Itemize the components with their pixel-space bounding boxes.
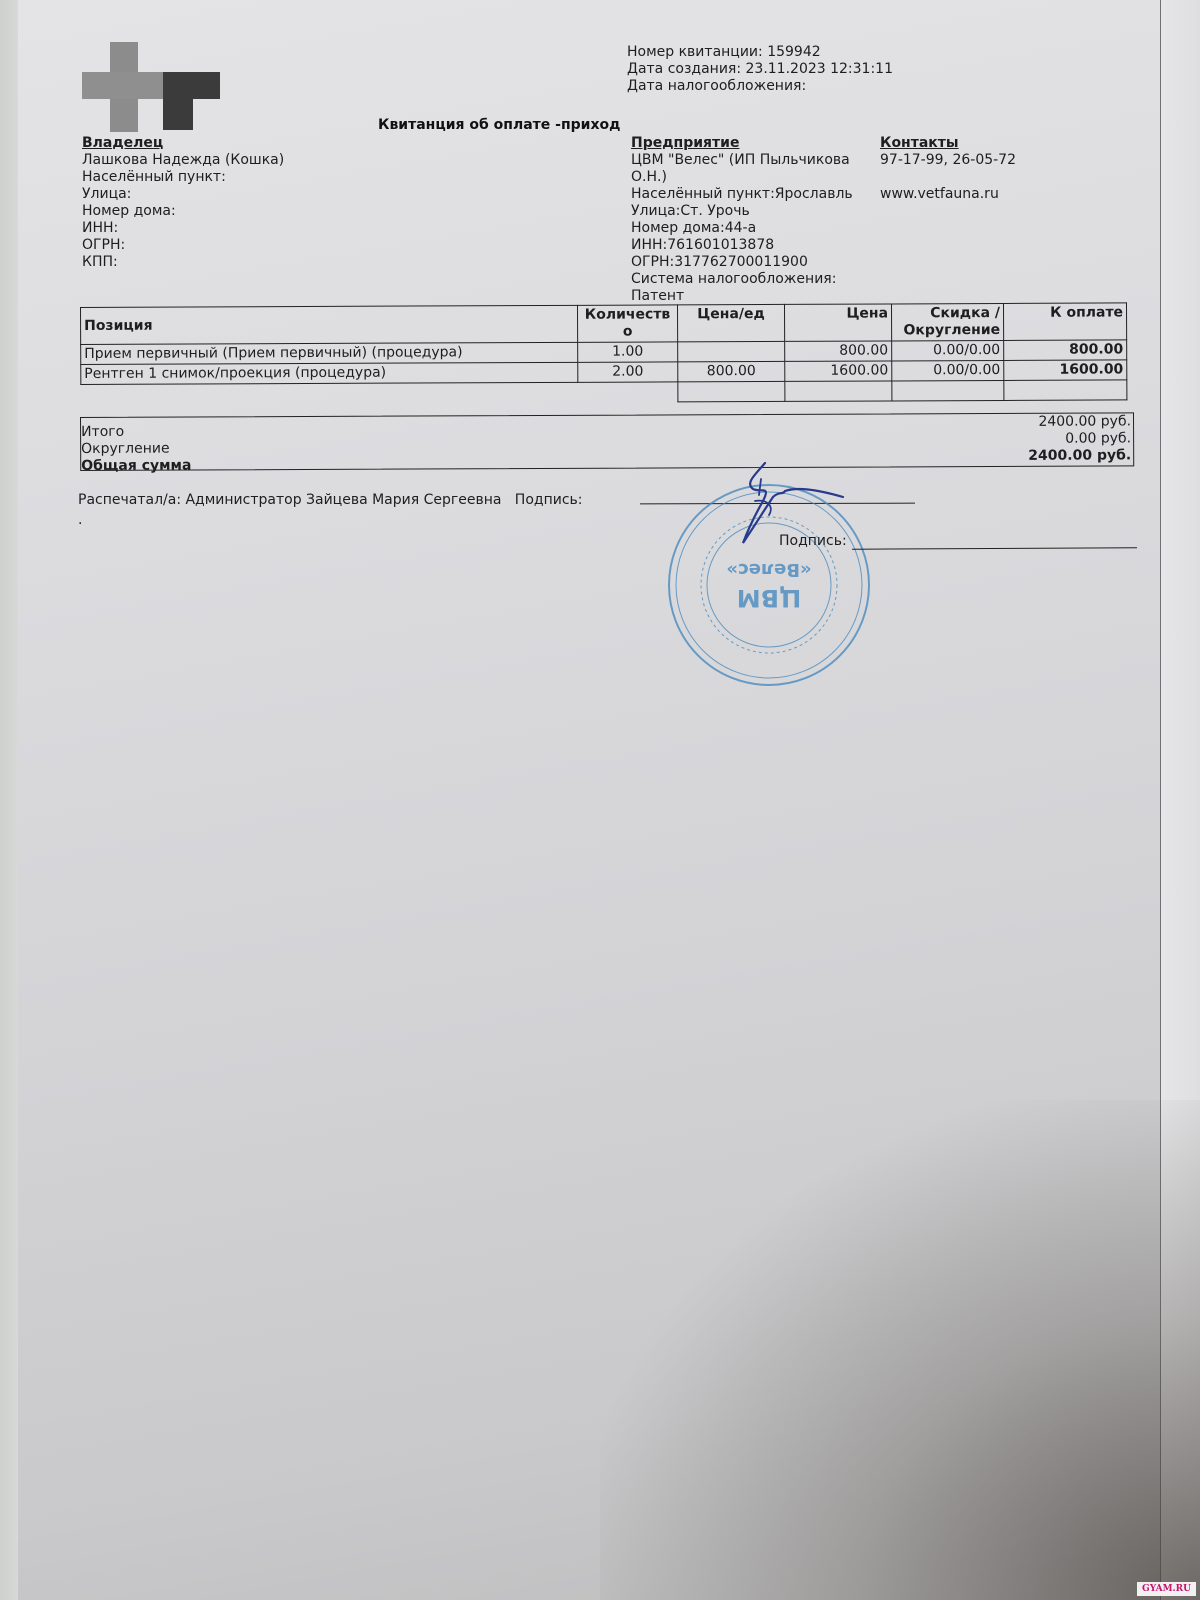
company-tax-system: Система налогообложения: Патент	[631, 271, 856, 305]
row-price: 800.00	[785, 341, 892, 361]
company-ogrn: ОГРН:317762700011900	[631, 254, 871, 271]
row-quantity: 2.00	[578, 362, 678, 382]
tax-date: Дата налогообложения:	[627, 78, 893, 95]
owner-street: Улица:	[82, 186, 284, 203]
owner-section: Владелец Лашкова Надежда (Кошка) Населён…	[82, 135, 284, 271]
totals-box: Итого Округление Общая сумма 2400.00 руб…	[80, 412, 1134, 471]
row-to-pay: 800.00	[1004, 340, 1127, 361]
items-table: Позиция Количество Цена/ед Цена Скидка /…	[80, 302, 1127, 405]
row-position: Прием первичный (Прием первичный) (проце…	[81, 342, 578, 364]
company-heading: Предприятие	[631, 135, 871, 152]
contacts-heading: Контакты	[880, 135, 1016, 152]
paper-edge-right	[1160, 0, 1200, 1600]
printed-by: Распечатал/а: Администратор Зайцева Мари…	[78, 492, 583, 509]
col-to-pay: К оплате	[1003, 303, 1126, 341]
owner-inn: ИНН:	[82, 220, 284, 237]
row-unit-price	[678, 341, 785, 361]
clinic-logo	[82, 42, 228, 132]
created-date: Дата создания: 23.11.2023 12:31:11	[627, 61, 893, 78]
total-label: Общая сумма	[81, 458, 191, 475]
company-locality: Населённый пункт:Ярославль	[631, 186, 871, 203]
table-header-row: Позиция Количество Цена/ед Цена Скидка /…	[81, 303, 1127, 345]
owner-kpp: КПП:	[82, 254, 284, 271]
receipt-number: Номер квитанции: 159942	[627, 44, 893, 61]
row-price: 1600.00	[785, 361, 892, 381]
contact-website: www.vetfauna.ru	[880, 186, 1016, 203]
subtotal-value: 2400.00 руб.	[1028, 413, 1131, 430]
receipt-meta: Номер квитанции: 159942 Дата создания: 2…	[627, 44, 893, 95]
stamp-text-veles: «Велес»	[726, 559, 811, 580]
footer-dot: .	[78, 512, 82, 529]
company-house: Номер дома:44-а	[631, 220, 871, 237]
owner-name: Лашкова Надежда (Кошка)	[82, 152, 284, 169]
rounding-label: Округление	[81, 441, 191, 458]
background-edge-left	[0, 0, 20, 1600]
row-discount: 0.00/0.00	[892, 360, 1004, 380]
signature-label-client: Подпись:	[779, 533, 847, 550]
col-position: Позиция	[81, 305, 578, 344]
col-price: Цена	[784, 304, 891, 341]
company-section: Предприятие ЦВМ "Велес" (ИП Пыльчикова О…	[631, 135, 871, 305]
contact-phones: 97-17-99, 26-05-72	[880, 152, 1016, 169]
row-position: Рентген 1 снимок/проекция (процедура)	[81, 362, 578, 384]
row-quantity: 1.00	[578, 342, 678, 362]
row-unit-price: 800.00	[678, 361, 785, 381]
row-discount: 0.00/0.00	[892, 340, 1004, 360]
table-empty-row	[81, 380, 1127, 405]
subtotal-label: Итого	[81, 424, 191, 441]
col-quantity: Количество	[577, 305, 677, 342]
row-to-pay: 1600.00	[1004, 360, 1127, 381]
contacts-section: Контакты 97-17-99, 26-05-72 www.vetfauna…	[880, 135, 1016, 203]
owner-ogrn: ОГРН:	[82, 237, 284, 254]
rounding-value: 0.00 руб.	[1028, 430, 1131, 447]
owner-heading: Владелец	[82, 135, 284, 152]
company-name: ЦВМ "Велес" (ИП Пыльчикова О.Н.)	[631, 152, 871, 186]
col-discount: Скидка / Округление	[891, 303, 1003, 340]
total-value: 2400.00 руб.	[1028, 447, 1131, 464]
watermark: GYAM.RU	[1137, 1582, 1196, 1596]
stamp-text-cvm: ЦВМ	[737, 584, 801, 612]
col-unit-price: Цена/ед	[677, 304, 784, 341]
owner-house: Номер дома:	[82, 203, 284, 220]
company-street: Улица:Ст. Урочь	[631, 203, 871, 220]
owner-locality: Населённый пункт:	[82, 169, 284, 186]
company-inn: ИНН:761601013878	[631, 237, 871, 254]
document-title: Квитанция об оплате -приход	[378, 117, 620, 133]
